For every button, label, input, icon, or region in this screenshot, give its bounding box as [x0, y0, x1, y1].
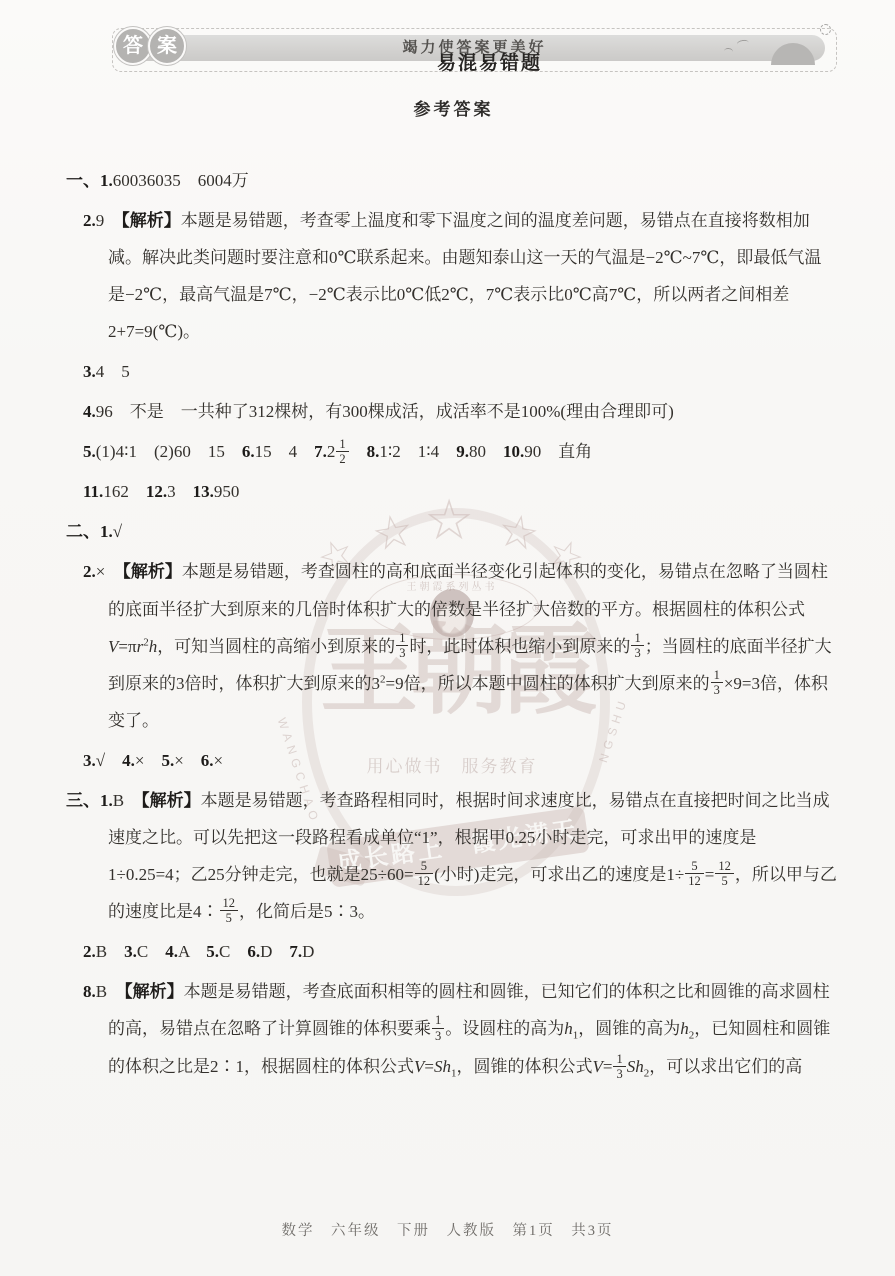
answer-label: 2.: [83, 562, 96, 581]
fraction: 12: [336, 437, 348, 467]
answer-sheet-page: 竭力使答案更美好 答 案 ☆ ☆ ☆ ☆ ☆ 王朝霞系列丛书 王朝霞 ® 用心做…: [0, 0, 895, 1276]
answer-label: 3.: [83, 362, 96, 381]
answer-paragraph: 4.96 不是 一共种了312棵树，有300棵成活，成活率不是100%(理由合理…: [66, 393, 837, 430]
page-title: 易混易错题: [42, 48, 895, 75]
answer-paragraph: 3.4 5: [66, 353, 837, 390]
answer-label: 【解析】: [141, 791, 201, 810]
answer-label: 5.: [83, 442, 96, 461]
answer-label: 13.: [193, 482, 214, 501]
fraction: 13: [711, 668, 723, 698]
fraction: 13: [432, 1013, 444, 1043]
answer-paragraph: 5.(1)4∶1 (2)60 15 6.15 4 7.212 8.1∶2 1∶4…: [66, 433, 837, 470]
answer-paragraph: 11.162 12.3 13.950: [66, 473, 837, 510]
answer-label: 6.: [242, 442, 255, 461]
answer-label: 6.: [247, 942, 260, 961]
answer-paragraph: 三、1.B 【解析】本题是易错题，考查路程相同时，根据时间求速度比，易错点在直接…: [66, 782, 837, 930]
fraction: 13: [396, 631, 408, 661]
fraction: 13: [631, 631, 643, 661]
fraction: 125: [220, 896, 239, 926]
answer-label: 二、1.: [66, 522, 113, 541]
answer-paragraph: 2.9 【解析】本题是易错题，考查零上温度和零下温度之间的温度差问题，易错点在直…: [66, 202, 837, 350]
answer-paragraph: 二、1.√: [66, 513, 837, 550]
answer-label: 12.: [146, 482, 167, 501]
answer-label: 10.: [503, 442, 524, 461]
answer-label: 6.: [201, 751, 214, 770]
answer-label: 三、1.: [66, 791, 113, 810]
answer-label: 11.: [83, 482, 103, 501]
answer-paragraph: 8.B 【解析】本题是易错题，考查底面积相等的圆柱和圆锥，已知它们的体积之比和圆…: [66, 973, 837, 1087]
answer-label: 8.: [83, 982, 96, 1001]
page-footer: 数学 六年级 下册 人教版 第1页 共3页: [0, 1219, 895, 1240]
answer-label: 2.: [83, 211, 96, 230]
answer-label: 【解析】: [122, 562, 182, 581]
fraction: 512: [685, 859, 704, 889]
answer-label: 9.: [456, 442, 469, 461]
answer-label: 7.: [314, 442, 327, 461]
answer-label: 4.: [122, 751, 135, 770]
answer-label: 5.: [161, 751, 174, 770]
answer-paragraph: 2.× 【解析】本题是易错题，考查圆柱的高和底面半径变化引起体积的变化，易错点在…: [66, 553, 837, 738]
answer-paragraph: 一、1.60036035 6004万: [66, 162, 837, 199]
answer-label: 2.: [83, 942, 96, 961]
answer-label: 3.: [83, 751, 96, 770]
answer-label: 8.: [367, 442, 380, 461]
fraction: 125: [715, 859, 734, 889]
dashed-circle-icon: [820, 24, 831, 35]
answer-label: 【解析】: [121, 211, 181, 230]
answers-body: 一、1.60036035 6004万2.9 【解析】本题是易错题，考查零上温度和…: [66, 162, 837, 1087]
page-subtitle: 参考答案: [6, 95, 895, 120]
answer-label: 5.: [206, 942, 219, 961]
answer-label: 【解析】: [124, 982, 184, 1001]
fraction: 512: [415, 859, 434, 889]
answer-label: 4.: [165, 942, 178, 961]
answer-label: 4.: [83, 402, 96, 421]
answer-label: 7.: [289, 942, 302, 961]
answer-paragraph: 2.B 3.C 4.A 5.C 6.D 7.D: [66, 933, 837, 970]
answer-label: 3.: [124, 942, 137, 961]
fraction: 13: [613, 1052, 625, 1082]
answer-label: 一、1.: [66, 171, 113, 190]
answer-paragraph: 3.√ 4.× 5.× 6.×: [66, 742, 837, 779]
